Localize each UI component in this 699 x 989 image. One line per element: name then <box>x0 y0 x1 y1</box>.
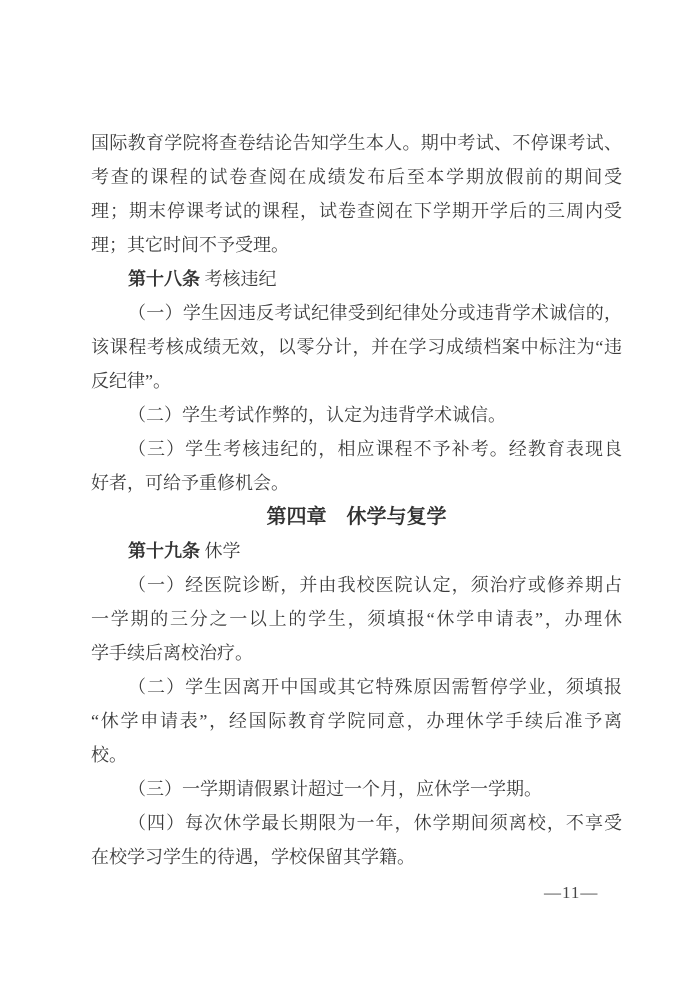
article-number: 第十九条 <box>128 541 200 561</box>
text-segment: 国际教育学院将查卷结论告知学生本人。期中考试、不停课考试、 <box>91 133 622 153</box>
text-line: （一）经医院诊断，并由我校医院认定，须治疗或修养期占 <box>91 568 622 602</box>
text-segment: （一）学生因违反考试纪律受到纪律处分或违背学术诚信的， <box>128 303 622 323</box>
text-line: 国际教育学院将查卷结论告知学生本人。期中考试、不停课考试、 <box>91 126 622 160</box>
text-segment: （四）每次休学最长期限为一年，休学期间须离校，不享受 <box>128 813 622 833</box>
text-line: （二）学生因离开中国或其它特殊原因需暂停学业，须填报 <box>91 670 622 704</box>
text-segment: 理；期末停课考试的课程，试卷查阅在下学期开学后的三周内受 <box>91 201 622 221</box>
chapter-heading: 第四章 休学与复学 <box>91 500 622 534</box>
text-line: （三）学生考核违纪的，相应课程不予补考。经教育表现良 <box>91 432 622 466</box>
article-number: 第十八条 <box>128 269 200 289</box>
text-segment: （三）学生考核违纪的，相应课程不予补考。经教育表现良 <box>128 439 622 459</box>
page-number: —11— <box>544 882 598 904</box>
text-line: 理；期末停课考试的课程，试卷查阅在下学期开学后的三周内受 <box>91 194 622 228</box>
text-line: （三）一学期请假累计超过一个月，应休学一学期。 <box>91 772 622 806</box>
text-line: 好者，可给予重修机会。 <box>91 466 622 500</box>
text-line: （二）学生考试作弊的，认定为违背学术诚信。 <box>91 398 622 432</box>
text-segment: 考核违纪 <box>200 269 277 289</box>
text-segment: 在校学习学生的待遇，学校保留其学籍。 <box>91 847 415 867</box>
text-line: 第十九条 休学 <box>91 534 622 568</box>
text-segment: 休学 <box>200 541 241 561</box>
text-line: 在校学习学生的待遇，学校保留其学籍。 <box>91 840 622 874</box>
text-segment: 第四章 休学与复学 <box>267 506 447 528</box>
text-line: 校。 <box>91 738 622 772</box>
text-line: （一）学生因违反考试纪律受到纪律处分或违背学术诚信的， <box>91 296 622 330</box>
text-segment: 校。 <box>91 745 127 765</box>
text-line: 该课程考核成绩无效，以零分计，并在学习成绩档案中标注为“违 <box>91 330 622 364</box>
text-line: （四）每次休学最长期限为一年，休学期间须离校，不享受 <box>91 806 622 840</box>
text-line: 第十八条 考核违纪 <box>91 262 622 296</box>
text-segment: （一）经医院诊断，并由我校医院认定，须治疗或修养期占 <box>128 575 622 595</box>
document-body: 国际教育学院将查卷结论告知学生本人。期中考试、不停课考试、考查的课程的试卷查阅在… <box>91 126 622 874</box>
text-line: 一学期的三分之一以上的学生，须填报“休学申请表”，办理休 <box>91 602 622 636</box>
text-line: 考查的课程的试卷查阅在成绩发布后至本学期放假前的期间受 <box>91 160 622 194</box>
document-page: 国际教育学院将查卷结论告知学生本人。期中考试、不停课考试、考查的课程的试卷查阅在… <box>0 0 699 989</box>
text-segment: 学手续后离校治疗。 <box>91 643 253 663</box>
text-segment: 理；其它时间不予受理。 <box>91 235 289 255</box>
text-segment: （二）学生因离开中国或其它特殊原因需暂停学业，须填报 <box>128 677 622 697</box>
text-line: 学手续后离校治疗。 <box>91 636 622 670</box>
text-line: 反纪律”。 <box>91 364 622 398</box>
text-segment: （二）学生考试作弊的，认定为违背学术诚信。 <box>128 405 506 425</box>
text-segment: 一学期的三分之一以上的学生，须填报“休学申请表”，办理休 <box>91 609 622 629</box>
text-line: 理；其它时间不予受理。 <box>91 228 622 262</box>
text-line: “休学申请表”，经国际教育学院同意，办理休学手续后准予离 <box>91 704 622 738</box>
text-segment: 好者，可给予重修机会。 <box>91 473 289 493</box>
text-segment: 该课程考核成绩无效，以零分计，并在学习成绩档案中标注为“违 <box>91 337 622 357</box>
text-segment: 反纪律”。 <box>91 371 171 391</box>
text-segment: 考查的课程的试卷查阅在成绩发布后至本学期放假前的期间受 <box>91 167 622 187</box>
text-segment: “休学申请表”，经国际教育学院同意，办理休学手续后准予离 <box>91 711 622 731</box>
text-segment: （三）一学期请假累计超过一个月，应休学一学期。 <box>128 779 542 799</box>
